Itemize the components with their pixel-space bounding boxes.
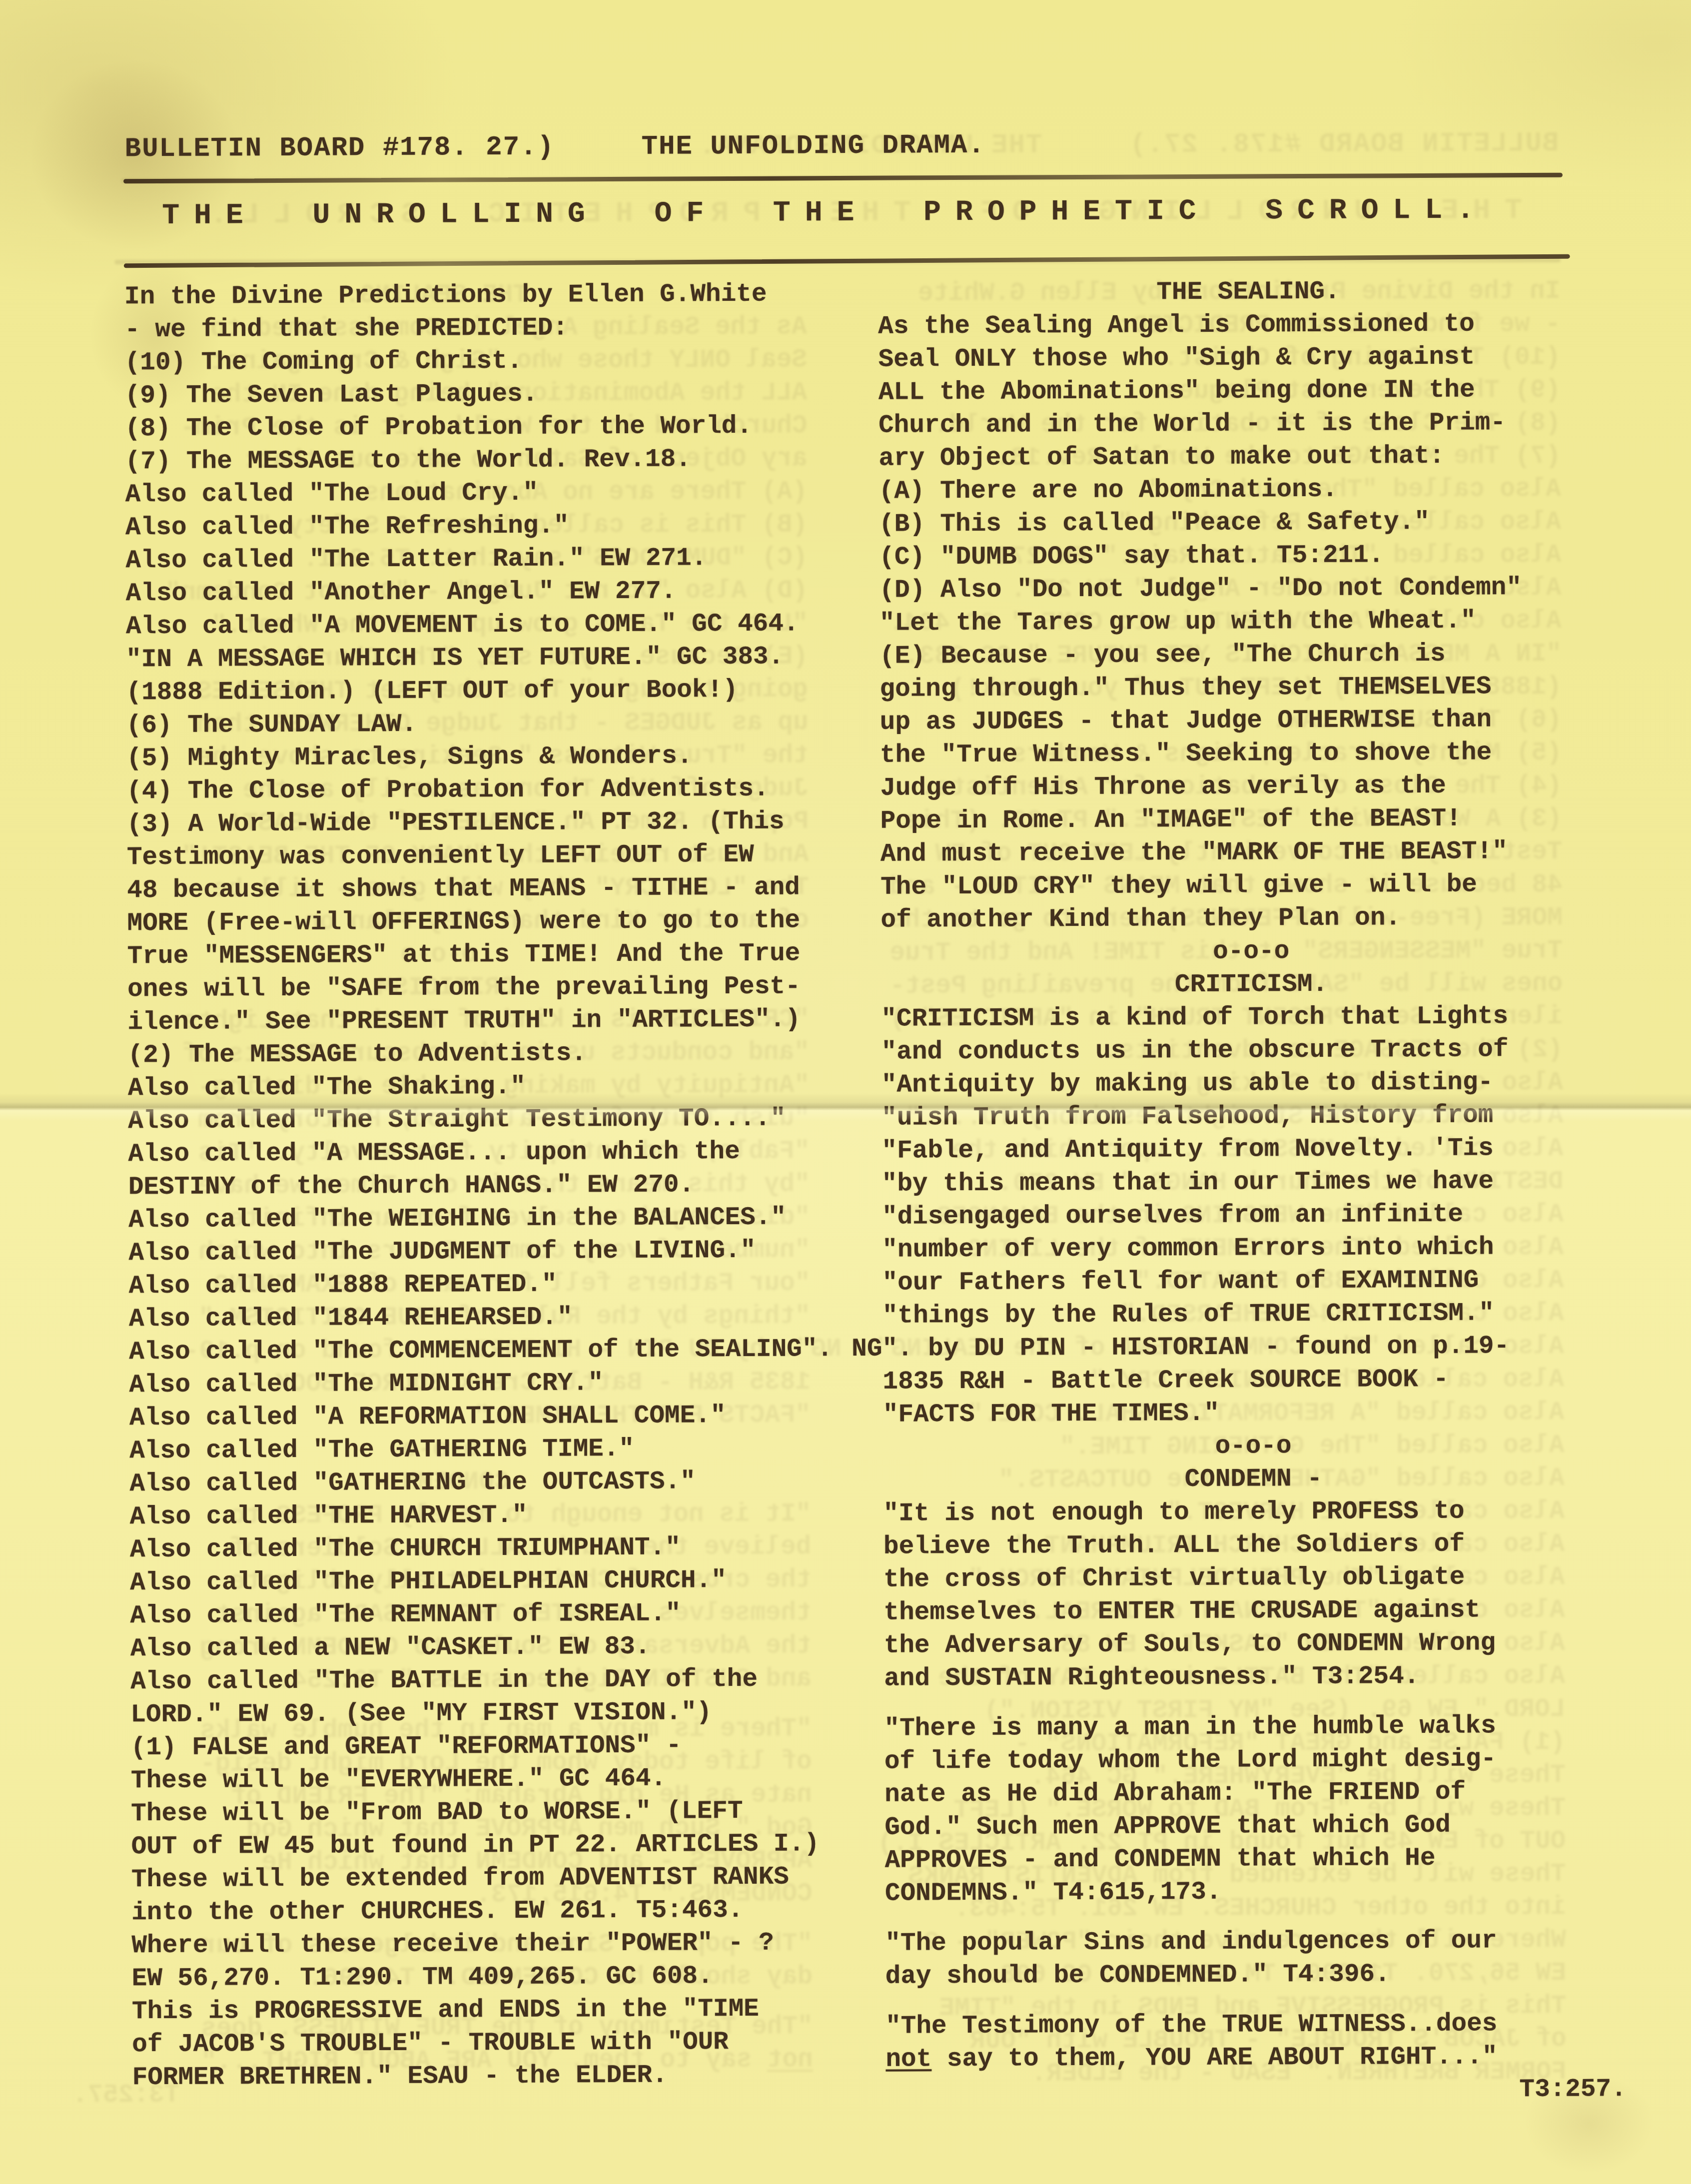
text-line: Also called "GATHERING the OUTCASTS.": [129, 1465, 876, 1501]
text-line: Seal ONLY those who "Sigh & Cry against: [878, 340, 1619, 376]
horizontal-rule: [124, 254, 1570, 268]
text-segment: say to them, YOU ARE ABOUT RIGHT...": [931, 2043, 1498, 2074]
text-line: ary Object of Satan to make out that:: [878, 439, 1619, 475]
text-line: "by this means that in our Times we have: [882, 1165, 1623, 1201]
text-line: Also called "The Refreshing.": [125, 509, 872, 545]
text-line: (5) Mighty Miracles, Signs & Wonders.: [126, 739, 873, 776]
text-line: "Fable, and Antiquity from Novelty. 'Tis: [881, 1132, 1622, 1168]
text-line: of life today whom the Lord might desig-: [884, 1742, 1625, 1778]
text-line: (1) FALSE and GREAT "REFORMATIONS" -: [131, 1729, 878, 1765]
text-line: Also called "1844 REHEARSED.": [129, 1300, 876, 1337]
text-line: Also called "The MIDNIGHT CRY.": [129, 1366, 876, 1403]
text-line: Also called "THE HARVEST.": [130, 1498, 877, 1534]
text-line: (E) Because - you see, "The Church is: [879, 637, 1620, 673]
text-line: Also called "The GATHERING TIME.": [129, 1432, 876, 1468]
text-line: Also called "The PHILADELPHIAN CHURCH.": [130, 1564, 877, 1600]
text-line: nate as He did Abraham: "The FRIEND of: [884, 1775, 1625, 1811]
text-line: "uish Truth from Falsehood, History from: [881, 1099, 1622, 1135]
right-column: THE SEALING.As the Sealing Angel is Comm…: [878, 274, 1627, 2109]
text-line: (B) This is called "Peace & Safety.": [879, 505, 1620, 541]
text-line: o-o-o: [883, 1429, 1624, 1464]
text-line: Also called "A MESSAGE... upon which the: [128, 1135, 875, 1172]
text-line: "CRITICISM is a kind of Torch that Light…: [881, 1000, 1622, 1036]
text-line: "things by the Rules of TRUE CRITICISM.": [882, 1297, 1623, 1333]
text-line: Also called "A REFORMATION SHALL COME.": [129, 1399, 876, 1436]
text-line: Also called a NEW "CASKET." EW 83.: [130, 1630, 877, 1666]
text-line: (A) There are no Abominations.: [879, 472, 1620, 508]
text-line: Judge off His Throne as verily as the: [880, 769, 1621, 805]
text-line: These will be "From BAD to WORSE." (LEFT: [131, 1795, 878, 1831]
page-title: THE UNROLLING OF THE PROPHETIC SCROLL.: [162, 194, 1489, 232]
text-line: not say to them, YOU ARE ABOUT RIGHT...": [885, 2040, 1626, 2076]
text-line: Pope in Rome. An "IMAGE" of the BEAST!: [880, 802, 1621, 838]
text-line: the "True Witness." Seeking to shove the: [880, 736, 1621, 772]
text-line: "number of very common Errors into which: [882, 1231, 1623, 1267]
text-line: Also called "The Latter Rain." EW 271.: [125, 542, 872, 578]
text-line: into the other CHURCHES. EW 261. T5:463.: [131, 1894, 878, 1930]
text-line: "our Fathers fell for want of EXAMINING: [882, 1264, 1623, 1300]
text-line: EW 56,270. T1:290. TM 409,265. GC 608.: [132, 1960, 879, 1996]
horizontal-rule: [123, 173, 1563, 184]
text-line: 48 because it shows that MEANS - TITHE -…: [127, 871, 874, 908]
text-line: "IN A MESSAGE WHICH IS YET FUTURE." GC 3…: [126, 641, 873, 677]
text-line: the cross of Christ virtually obligate: [883, 1560, 1624, 1596]
text-line: (7) The MESSAGE to the World. Rev.18.: [125, 443, 872, 479]
text-line: These will be extended from ADVENTIST RA…: [131, 1861, 878, 1897]
text-line: up as JUDGES - that Judge OTHERWISE than: [880, 703, 1621, 739]
text-line: FORMER BRETHREN." ESAU - the ELDER.: [132, 2059, 879, 2095]
text-line: (C) "DUMB DOGS" say that. T5:211.: [879, 538, 1620, 574]
scanned-bulletin-page: BULLETIN BOARD #178. 27.) THE UNFOLDING …: [0, 0, 1691, 2184]
text-line: the Adversary of Souls, to CONDEMN Wrong: [884, 1626, 1625, 1662]
text-line: These will be "EVERYWHERE." GC 464.: [131, 1762, 878, 1798]
text-line: "The Testimony of the TRUE WITNESS..does: [885, 2007, 1626, 2043]
text-line: believe the Truth. ALL the Soldiers of: [883, 1527, 1624, 1563]
text-line: "There is many a man in the humble walks: [884, 1709, 1625, 1745]
text-line: Also called "A MOVEMENT is to COME." GC …: [126, 608, 873, 644]
text-line: "Let the Tares grow up with the Wheat.": [879, 604, 1620, 640]
text-line: T3:257.: [886, 2073, 1627, 2109]
text-line: (4) The Close of Probation for Adventist…: [126, 772, 873, 809]
bulletin-number: BULLETIN BOARD #178. 27.): [125, 132, 555, 165]
text-line: Also called "The REMNANT of ISREAL.": [130, 1597, 877, 1633]
text-line: Also called "Another Angel." EW 277.: [125, 575, 872, 611]
text-line: The "LOUD CRY" they will give - will be: [880, 868, 1621, 904]
text-line: (2) The MESSAGE to Adventists.: [128, 1036, 875, 1073]
text-line: As the Sealing Angel is Commissioned to: [878, 307, 1619, 343]
text-line: Also called "The Shaking.": [128, 1069, 875, 1106]
text-line: ones will be "SAFE from the prevailing P…: [127, 970, 874, 1007]
text-line: Testimony was conveniently LEFT OUT of E…: [127, 838, 874, 875]
text-line: (9) The Seven Last Plagues.: [125, 377, 872, 413]
text-line: Also called "The COMMENCEMENT of the SEA…: [129, 1333, 876, 1370]
text-line: going through." Thus they set THEMSELVES: [879, 670, 1620, 706]
text-line: "It is not enough to merely PROFESS to: [883, 1494, 1624, 1530]
text-line: THE SEALING.: [878, 274, 1619, 310]
text-line: "disengaged ourselves from an infinite: [882, 1198, 1623, 1234]
text-line: o-o-o: [881, 934, 1622, 970]
text-line: ALL the Abominations" being done IN the: [878, 373, 1619, 409]
text-line: of another Kind than they Plan on.: [880, 901, 1621, 937]
text-line: Church and in the World - it is the Prim…: [878, 406, 1619, 442]
text-line: Also called "The BATTLE in the DAY of th…: [130, 1663, 877, 1699]
text-line: 1835 R&H - Battle Creek SOURCE BOOK -: [882, 1363, 1623, 1399]
text-line: In the Divine Predictions by Ellen G.Whi…: [124, 278, 871, 314]
text-line: (6) The SUNDAY LAW.: [126, 707, 873, 743]
text-line: God." Such men APPROVE that which God: [884, 1808, 1625, 1844]
text-line: CRITICISM.: [881, 967, 1622, 1003]
text-line: NG". by DU PIN - HISTORIAN - found on p.…: [851, 1330, 1623, 1366]
underlined-word: not: [885, 2045, 931, 2074]
text-line: And must receive the "MARK OF THE BEAST!…: [880, 835, 1621, 871]
text-line: True "MESSENGERS" at this TIME! And the …: [127, 937, 874, 974]
text-line: - we find that she PREDICTED:: [124, 311, 871, 347]
series-title: THE UNFOLDING DRAMA.: [642, 130, 985, 162]
text-line: day should be CONDEMNED." T4:396.: [885, 1957, 1626, 1993]
text-line: (1888 Edition.) (LEFT OUT of your Book!): [126, 674, 873, 710]
text-line: CONDEMNS." T4:615,173.: [885, 1874, 1626, 1910]
text-line: Also called "The Straight Testimony TO..…: [128, 1102, 875, 1139]
text-line: (10) The Coming of Christ.: [124, 344, 871, 380]
text-line: Also called "The Loud Cry.": [125, 476, 872, 512]
text-line: and SUSTAIN Righteousness." T3:254.: [884, 1659, 1625, 1695]
text-line: (8) The Close of Probation for the World…: [125, 410, 872, 446]
text-line: CONDEMN -: [883, 1461, 1624, 1497]
text-line: OUT of EW 45 but found in PT 22. ARTICLE…: [131, 1828, 878, 1864]
text-line: MORE (Free-will OFFERINGS) were to go to…: [127, 904, 874, 941]
text-line: themselves to ENTER THE CRUSADE against: [883, 1593, 1624, 1629]
text-line: Also called "The JUDGMENT of the LIVING.…: [128, 1234, 875, 1271]
text-line: of JACOB'S TROUBLE" - TROUBLE with "OUR: [132, 2026, 879, 2062]
text-line: "The popular Sins and indulgences of our: [885, 1924, 1626, 1960]
text-line: Where will these receive their "POWER" -…: [131, 1927, 878, 1963]
text-line: DESTINY of the Church HANGS." EW 270.: [128, 1168, 875, 1205]
text-line: LORD." EW 69. (See "MY FIRST VISION."): [130, 1696, 877, 1732]
text-line: This is PROGRESSIVE and ENDS in the "TIM…: [132, 1993, 879, 2029]
text-line: "FACTS FOR THE TIMES.": [883, 1396, 1624, 1432]
text-line: Also called "1888 REPEATED.": [129, 1267, 876, 1304]
text-line: (D) Also "Do not Judge" - "Do not Condem…: [879, 571, 1620, 607]
text-line: (3) A World-Wide "PESTILENCE." PT 32. (T…: [127, 805, 874, 842]
text-line: Also called "The CHURCH TRIUMPHANT.": [130, 1531, 877, 1567]
text-line: ilence." See "PRESENT TRUTH" in "ARTICLE…: [127, 1003, 874, 1040]
text-line: "Antiquity by making us able to disting-: [881, 1066, 1622, 1102]
text-line: APPROVES - and CONDEMN that which He: [885, 1841, 1626, 1877]
text-line: Also called "The WEIGHING in the BALANCE…: [128, 1201, 875, 1238]
text-line: "and conducts us in the obscure Tracts o…: [881, 1033, 1622, 1069]
left-column: In the Divine Predictions by Ellen G.Whi…: [124, 278, 879, 2095]
